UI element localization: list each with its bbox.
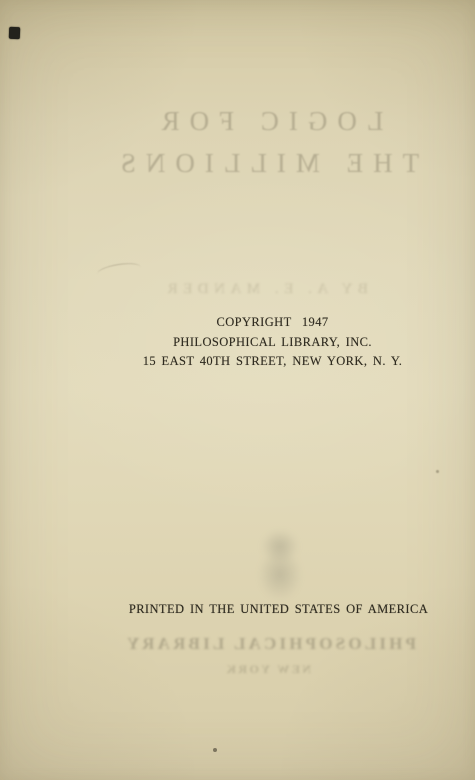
copyright-year-line: COPYRIGHT 1947 (70, 313, 475, 333)
showthrough-title-line1: LOGIC FOR (60, 106, 475, 137)
scanned-book-copyright-page: LOGIC FOR THE MILLIONS BY A. E. MANDER C… (0, 0, 475, 780)
ink-blot-mark (9, 27, 20, 39)
publisher-address-line: 15 EAST 40TH STREET, NEW YORK, N. Y. (70, 352, 475, 372)
scratch-mark (96, 261, 141, 281)
printed-in-usa-line: PRINTED IN THE UNITED STATES OF AMERICA (82, 602, 475, 617)
publisher-line: PHILOSOPHICAL LIBRARY, INC. (70, 333, 475, 353)
showthrough-city: NEW YORK (60, 662, 475, 677)
showthrough-title-line2: THE MILLIONS (55, 148, 475, 179)
showthrough-byline: BY A. E. MANDER (55, 281, 475, 298)
showthrough-publisher: PHILOSOPHICAL LIBRARY (65, 634, 475, 654)
ghost-logo-smudge (252, 530, 308, 604)
paper-speck (436, 470, 439, 473)
paper-speck (213, 748, 217, 752)
copyright-block: COPYRIGHT 1947 PHILOSOPHICAL LIBRARY, IN… (70, 313, 475, 372)
